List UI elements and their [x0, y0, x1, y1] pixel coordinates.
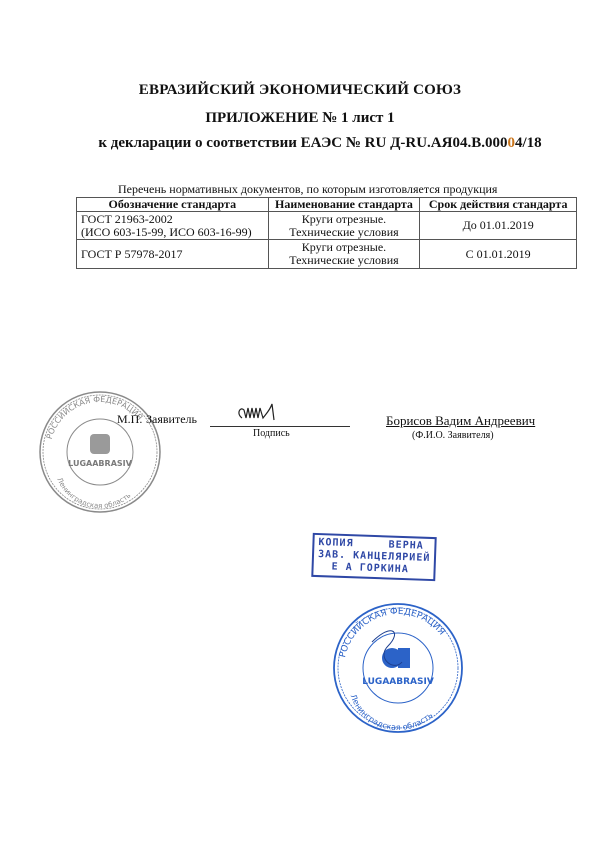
union-title: ЕВРАЗИЙСКИЙ ЭКОНОМИЧЕСКИЙ СОЮЗ	[0, 82, 600, 99]
table-row: ГОСТ 21963-2002 (ИСО 603-15-99, ИСО 603-…	[77, 212, 577, 240]
svg-text:Ленинградская область: Ленинградская область	[55, 476, 132, 510]
name-line: Технические условия	[273, 226, 416, 239]
table-row: ГОСТ Р 57978-2017 Круги отрезные. Технич…	[77, 240, 577, 269]
signature-line	[210, 426, 350, 427]
declaration-number: к декларации о соответствии ЕАЭС № RU Д-…	[0, 135, 600, 152]
signature-caption: Подпись	[253, 428, 290, 439]
cell-name: Круги отрезные. Технические условия	[268, 212, 420, 240]
svg-text:LUGAABRASIV: LUGAABRASIV	[68, 459, 132, 468]
applicant-label: Заявитель	[146, 412, 197, 427]
applicant-name: Борисов Вадим Андреевич	[386, 413, 535, 429]
header-name: Наименование стандарта	[268, 198, 420, 212]
company-seal-blue: РОССИЙСКАЯ ФЕДЕРАЦИЯ Ленинградская облас…	[332, 602, 464, 734]
designation-line: ГОСТ 21963-2002	[81, 213, 264, 226]
svg-text:LUGAABRASIV: LUGAABRASIV	[362, 677, 434, 687]
name-line: Круги отрезные.	[273, 213, 416, 226]
cell-validity: С 01.01.2019	[420, 240, 577, 269]
designation-line: ГОСТ Р 57978-2017	[81, 248, 264, 261]
header-validity: Срок действия стандарта	[420, 198, 577, 212]
applicant-name-caption: (Ф.И.О. Заявителя)	[412, 430, 494, 441]
cell-validity: До 01.01.2019	[420, 212, 577, 240]
handwritten-signature	[236, 400, 282, 422]
header-designation: Обозначение стандарта	[77, 198, 269, 212]
cell-designation: ГОСТ 21963-2002 (ИСО 603-15-99, ИСО 603-…	[77, 212, 269, 240]
appendix-title: ПРИЛОЖЕНИЕ № 1 лист 1	[0, 110, 600, 127]
table-caption: Перечень нормативных документов, по кото…	[118, 182, 497, 197]
declaration-marked-digit: 0	[507, 135, 515, 151]
name-line: Технические условия	[273, 254, 416, 267]
cell-name: Круги отрезные. Технические условия	[268, 240, 420, 269]
declaration-prefix: к декларации о соответствии ЕАЭС № RU Д-…	[98, 135, 507, 151]
cell-designation: ГОСТ Р 57978-2017	[77, 240, 269, 269]
standards-table: Обозначение стандарта Наименование станд…	[76, 197, 577, 269]
declaration-suffix: 4/18	[515, 135, 542, 151]
designation-line: (ИСО 603-15-99, ИСО 603-16-99)	[81, 226, 264, 239]
company-seal-gray: РОССИЙСКАЯ ФЕДЕРАЦИЯ Ленинградская облас…	[38, 390, 162, 514]
copy-certified-stamp: КОПИЯ ВЕРНА ЗАВ. КАНЦЕЛЯРИЕЙ Е А ГОРКИНА	[311, 533, 436, 581]
mp-label: М.П.	[117, 412, 142, 427]
svg-text:Ленинградская область: Ленинградская область	[349, 693, 435, 732]
table-header-row: Обозначение стандарта Наименование станд…	[77, 198, 577, 212]
